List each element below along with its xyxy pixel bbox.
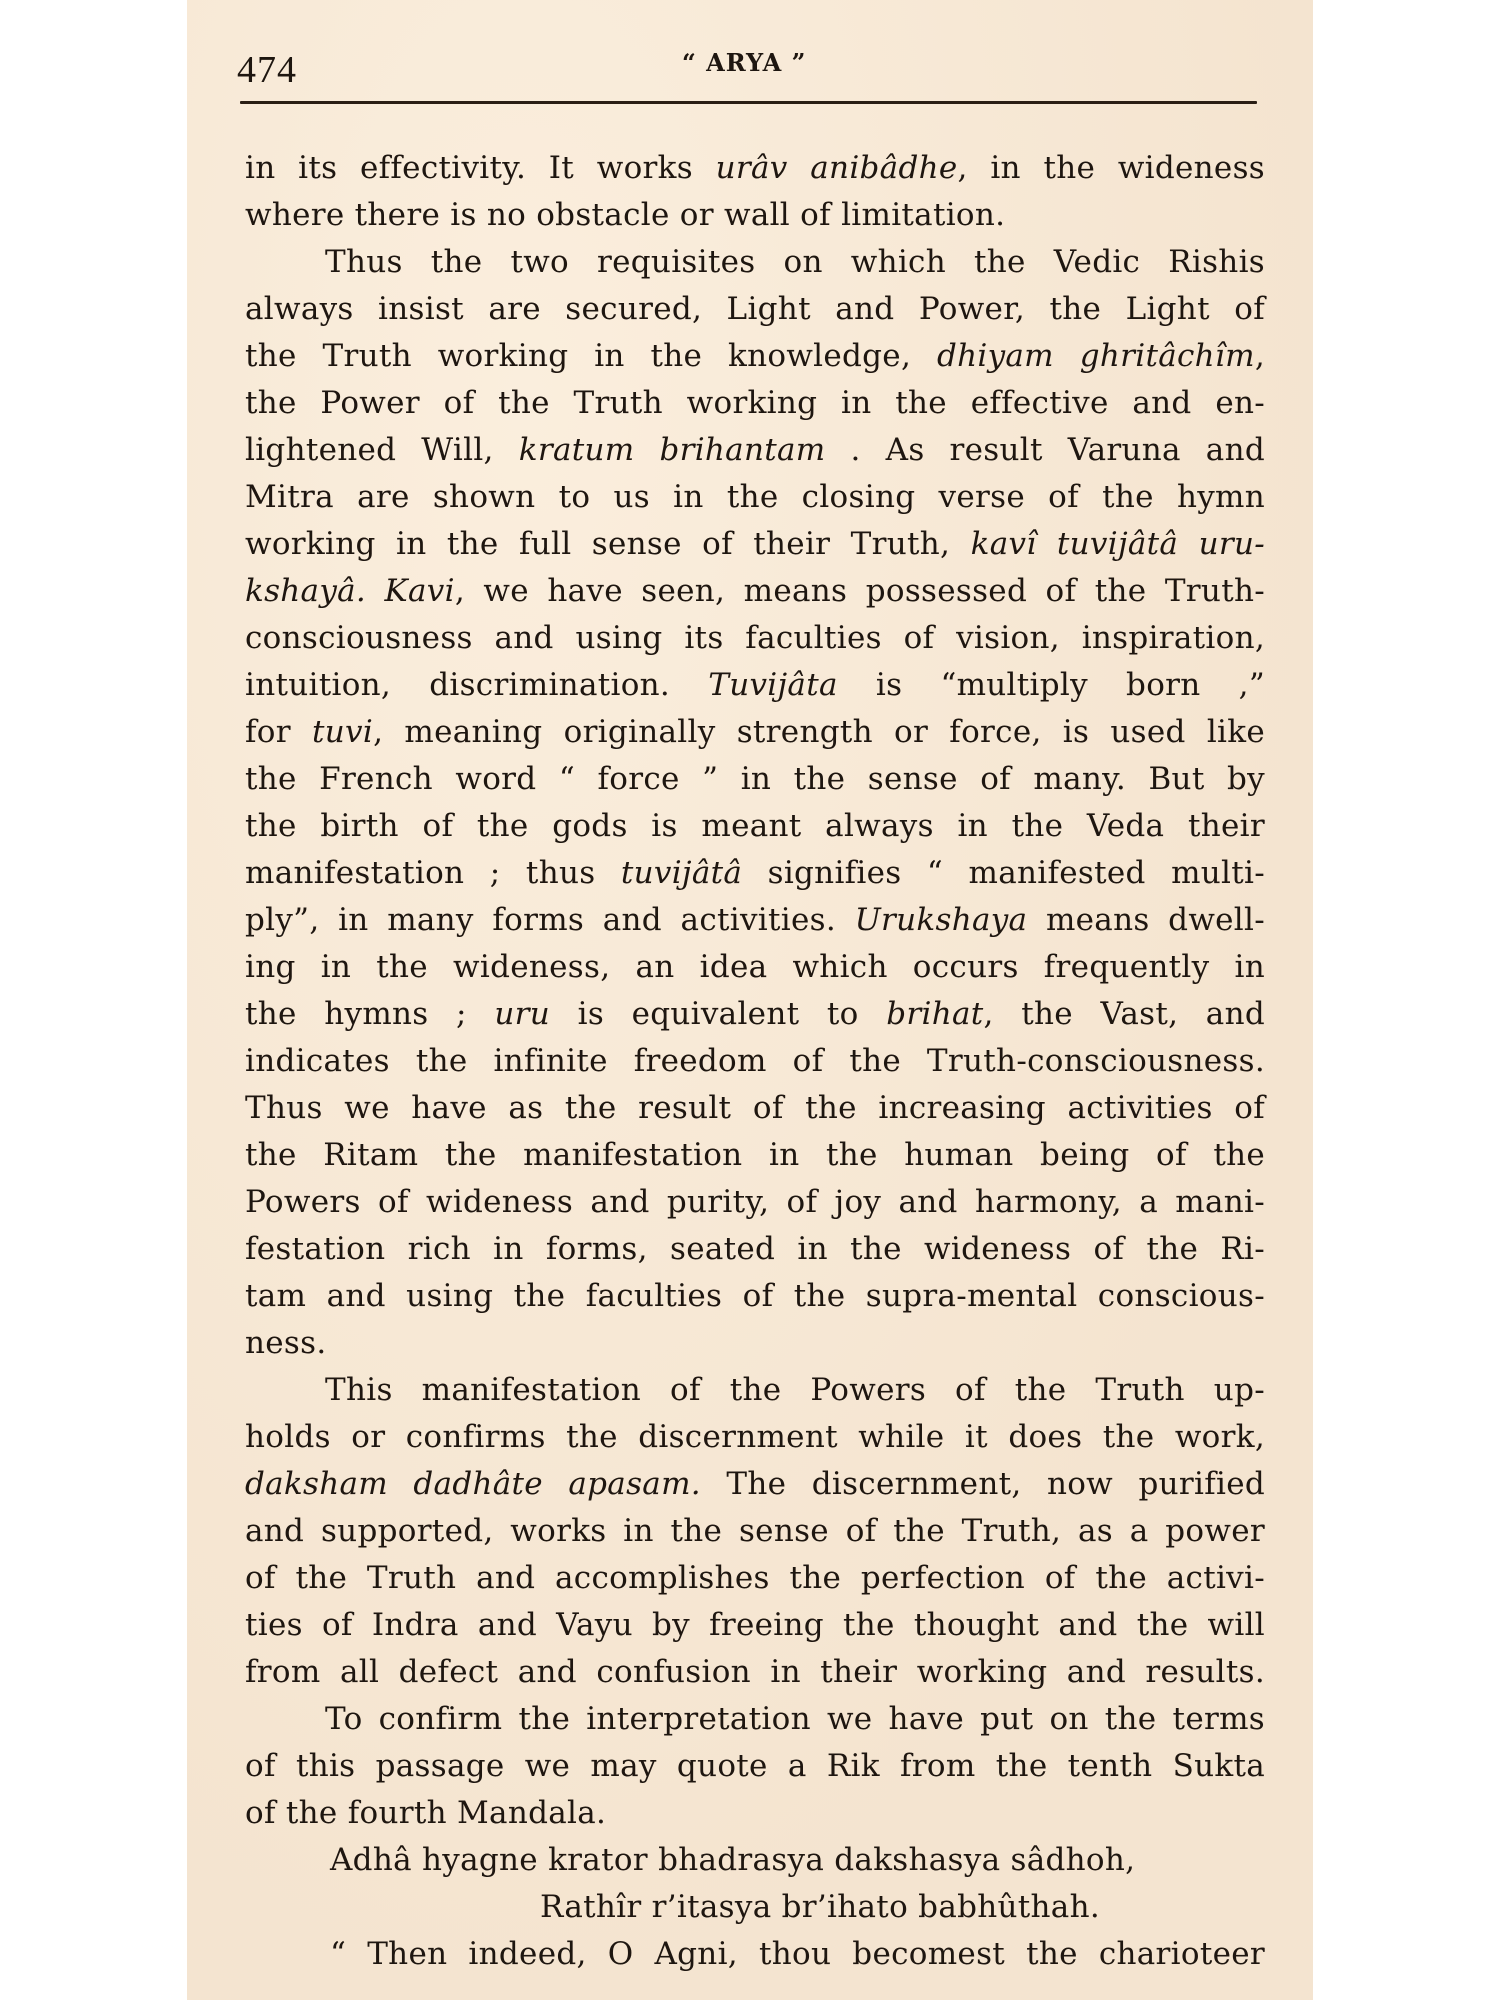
text-line: indicates the infinite freedom of the Tr…	[245, 1038, 1265, 1085]
text-segment: the French word “ force ” in the sense o…	[245, 761, 1265, 797]
text-segment: is “multiply born ,”	[838, 667, 1265, 703]
book-page: 474 “ ARYA ” in its effectivity. It work…	[187, 0, 1313, 2000]
sanskrit-term: tuvi	[312, 714, 373, 750]
text-segment: This manifestation of the Powers of the …	[325, 1372, 1265, 1408]
text-segment: in its effectivity. It works	[245, 150, 716, 186]
text-line: ing in the wideness, an idea which occur…	[245, 944, 1265, 991]
text-line: the Power of the Truth working in the ef…	[245, 380, 1265, 427]
text-line: kshayâ. Kavi, we have seen, means posses…	[245, 568, 1265, 615]
header-rule	[240, 101, 1257, 104]
text-line: daksham dadhâte apasam. The discernment,…	[245, 1461, 1265, 1508]
text-segment: ing in the wideness, an idea which occur…	[245, 949, 1265, 985]
text-segment: Thus we have as the result of the increa…	[245, 1090, 1265, 1126]
text-line: “ Then indeed, O Agni, thou becomest the…	[245, 1931, 1265, 1978]
text-line: Thus we have as the result of the increa…	[245, 1085, 1265, 1132]
text-segment: indicates the infinite freedom of the Tr…	[245, 1043, 1265, 1079]
text-line: ties of Indra and Vayu by freeing the th…	[245, 1602, 1265, 1649]
text-segment: means dwell-	[1027, 902, 1265, 938]
text-line: always insist are secured, Light and Pow…	[245, 286, 1265, 333]
text-segment: , the Vast, and	[984, 996, 1265, 1032]
running-title: “ ARYA ”	[682, 48, 806, 77]
text-segment: ,	[1255, 338, 1265, 374]
text-line: This manifestation of the Powers of the …	[245, 1367, 1265, 1414]
text-line: lightened Will, kratum brihantam . As re…	[245, 427, 1265, 474]
text-segment: from all defect and confusion in their w…	[245, 1654, 1265, 1690]
text-segment: , we have seen, means possessed of the T…	[455, 573, 1265, 609]
text-segment: Adhâ hyagne krator bhadrasya dakshasya s…	[330, 1842, 1135, 1878]
text-segment: and supported, works in the sense of the…	[245, 1513, 1265, 1549]
text-segment: festation rich in forms, seated in the w…	[245, 1231, 1265, 1267]
sanskrit-term: daksham dadhâte apasam.	[245, 1466, 701, 1502]
text-segment: consciousness and using its faculties of…	[245, 620, 1265, 656]
text-line: consciousness and using its faculties of…	[245, 615, 1265, 662]
text-line: the hymns ; uru is equivalent to brihat,…	[245, 991, 1265, 1038]
text-line: tam and using the faculties of the supra…	[245, 1273, 1265, 1320]
text-segment: Thus the two requisites on which the Ved…	[325, 244, 1265, 280]
text-line: working in the full sense of their Truth…	[245, 521, 1265, 568]
text-line: and supported, works in the sense of the…	[245, 1508, 1265, 1555]
sanskrit-term: kavî tuvijâtâ uru-	[971, 526, 1265, 562]
sanskrit-term: Tuvijâta	[708, 667, 838, 703]
text-line: the Truth working in the knowledge, dhiy…	[245, 333, 1265, 380]
text-segment: the Power of the Truth working in the ef…	[245, 385, 1265, 421]
text-line: holds or confirms the discernment while …	[245, 1414, 1265, 1461]
text-segment: always insist are secured, Light and Pow…	[245, 291, 1265, 327]
text-line: of this passage we may quote a Rik from …	[245, 1743, 1265, 1790]
text-line: of the fourth Mandala.	[245, 1790, 1265, 1837]
sanskrit-term: tuvijâtâ	[621, 855, 742, 891]
text-segment: Powers of wideness and purity, of joy an…	[245, 1184, 1265, 1220]
text-line: the French word “ force ” in the sense o…	[245, 756, 1265, 803]
text-segment: ply”, in many forms and activities.	[245, 902, 855, 938]
text-segment: the Ritam the manifestation in the human…	[245, 1137, 1265, 1173]
text-segment: To confirm the interpretation we have pu…	[325, 1701, 1265, 1737]
text-segment: intuition, discrimination.	[245, 667, 708, 703]
body-text: in its effectivity. It works urâv anibâd…	[245, 145, 1265, 1978]
text-segment: signifies “ manifested multi-	[742, 855, 1265, 891]
text-segment: for	[245, 714, 312, 750]
text-line: of the Truth and accomplishes the perfec…	[245, 1555, 1265, 1602]
text-line: ness.	[245, 1320, 1265, 1367]
running-head: 474 “ ARYA ”	[187, 0, 1313, 110]
text-line: Thus the two requisites on which the Ved…	[245, 239, 1265, 286]
sanskrit-term: kratum brihantam	[519, 432, 826, 468]
text-segment: the Truth working in the knowledge,	[245, 338, 937, 374]
sanskrit-term: brihat	[886, 996, 983, 1032]
text-segment: working in the full sense of their Truth…	[245, 526, 971, 562]
text-segment: The discernment, now purified	[701, 1466, 1265, 1502]
text-segment: “ Then indeed, O Agni, thou becomest the…	[330, 1936, 1265, 1972]
sanskrit-term: uru	[494, 996, 550, 1032]
text-line: Mitra are shown to us in the closing ver…	[245, 474, 1265, 521]
text-segment: Mitra are shown to us in the closing ver…	[245, 479, 1265, 515]
text-segment: where there is no obstacle or wall of li…	[245, 197, 1005, 233]
sanskrit-term: Urukshaya	[855, 902, 1028, 938]
text-segment: the hymns ;	[245, 996, 494, 1032]
text-segment: ties of Indra and Vayu by freeing the th…	[245, 1607, 1265, 1643]
text-line: the birth of the gods is meant always in…	[245, 803, 1265, 850]
sanskrit-term: urâv anibâdhe	[716, 150, 958, 186]
text-segment: . As result Varuna and	[825, 432, 1265, 468]
text-segment: the birth of the gods is meant always in…	[245, 808, 1265, 844]
text-line: from all defect and confusion in their w…	[245, 1649, 1265, 1696]
text-line: Powers of wideness and purity, of joy an…	[245, 1179, 1265, 1226]
text-segment: of the Truth and accomplishes the perfec…	[245, 1560, 1265, 1596]
text-line: manifestation ; thus tuvijâtâ signifies …	[245, 850, 1265, 897]
text-line: festation rich in forms, seated in the w…	[245, 1226, 1265, 1273]
text-segment: holds or confirms the discernment while …	[245, 1419, 1265, 1455]
text-line: To confirm the interpretation we have pu…	[245, 1696, 1265, 1743]
text-line: in its effectivity. It works urâv anibâd…	[245, 145, 1265, 192]
text-line: intuition, discrimination. Tuvijâta is “…	[245, 662, 1265, 709]
text-segment: , in the wideness	[958, 150, 1265, 186]
text-segment: lightened Will,	[245, 432, 519, 468]
verse-line: Adhâ hyagne krator bhadrasya dakshasya s…	[245, 1837, 1265, 1884]
page-number: 474	[237, 48, 297, 92]
text-segment: is equivalent to	[550, 996, 886, 1032]
sanskrit-term: dhiyam ghritâchîm	[937, 338, 1255, 374]
text-segment: Rathîr r’itasya br’ihato babhûthah.	[540, 1889, 1100, 1925]
text-line: the Ritam the manifestation in the human…	[245, 1132, 1265, 1179]
text-segment: ness.	[245, 1325, 326, 1361]
text-segment: tam and using the faculties of the supra…	[245, 1278, 1265, 1314]
text-segment: of the fourth Mandala.	[245, 1795, 606, 1831]
text-line: for tuvi, meaning originally strength or…	[245, 709, 1265, 756]
sanskrit-term: kshayâ. Kavi	[245, 573, 455, 609]
text-line: where there is no obstacle or wall of li…	[245, 192, 1265, 239]
text-segment: , meaning originally strength or force, …	[373, 714, 1265, 750]
text-segment: manifestation ; thus	[245, 855, 621, 891]
verse-line: Rathîr r’itasya br’ihato babhûthah.	[245, 1884, 1265, 1931]
text-line: ply”, in many forms and activities. Uruk…	[245, 897, 1265, 944]
text-segment: of this passage we may quote a Rik from …	[245, 1748, 1265, 1784]
